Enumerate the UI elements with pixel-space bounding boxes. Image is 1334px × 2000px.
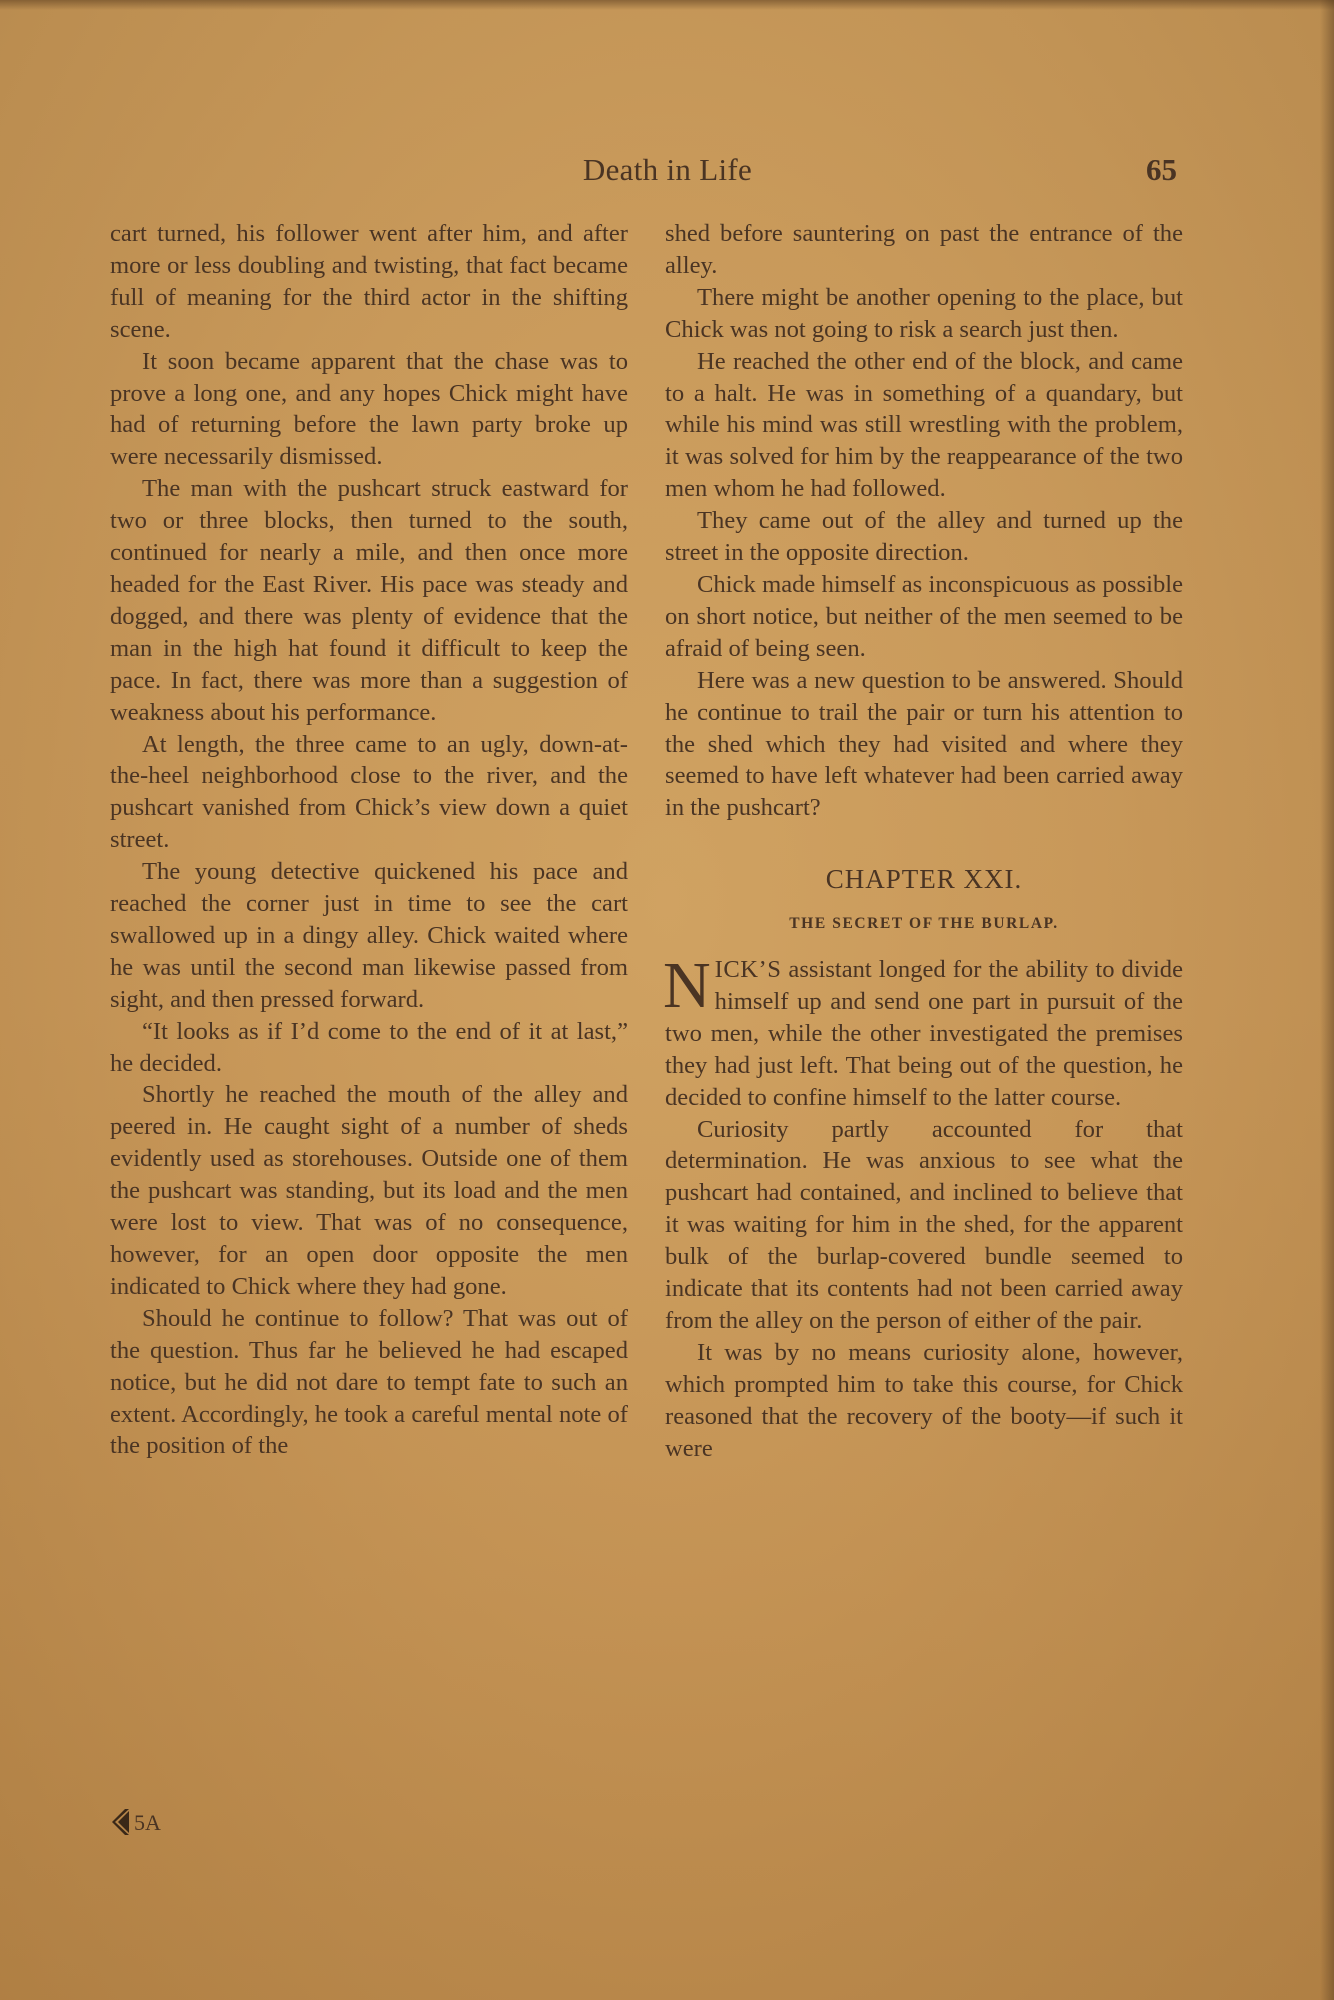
signature-label: 5A	[134, 1810, 161, 1836]
paragraph: The man with the pushcart struck eastwar…	[110, 473, 628, 728]
chapter-subtitle: THE SECRET OF THE BURLAP.	[665, 908, 1183, 940]
chevron-left-icon	[112, 1808, 132, 1836]
paragraph: It soon became apparent that the chase w…	[110, 346, 628, 474]
left-column: cart turned, his follower went after him…	[110, 218, 628, 1462]
paragraph: The young detective quickened his pace a…	[110, 856, 628, 1016]
chapter-opening-paragraph: NICK’S assistant longed for the abil­ity…	[665, 954, 1183, 1114]
paragraph: At length, the three came to an ugly, do…	[110, 729, 628, 857]
page-number: 65	[1146, 152, 1177, 188]
running-title: Death in Life	[110, 152, 1185, 188]
paragraph: Curiosity partly accounted for that dete…	[665, 1114, 1183, 1337]
paragraph: Shortly he reached the mouth of the alle…	[110, 1079, 628, 1302]
paragraph: cart turned, his follower went after him…	[110, 218, 628, 346]
page-right-edge-shadow	[1320, 0, 1334, 2000]
paragraph: They came out of the alley and turned up…	[665, 505, 1183, 569]
paragraph: “It looks as if I’d come to the end of i…	[110, 1016, 628, 1080]
page-top-edge-shadow	[0, 0, 1334, 10]
printer-signature-mark: 5A	[112, 1808, 161, 1836]
paragraph: It was by no means curiosity alone, howe…	[665, 1337, 1183, 1465]
paragraph: Here was a new question to be an­swered.…	[665, 665, 1183, 825]
paragraph: Should he continue to follow? That was o…	[110, 1303, 628, 1463]
paragraph: There might be another opening to the pl…	[665, 282, 1183, 346]
drop-cap: N	[663, 960, 711, 1012]
paragraph: He reached the other end of the block, a…	[665, 346, 1183, 506]
right-column: shed before sauntering on past the en­tr…	[665, 218, 1183, 1465]
paragraph: Chick made himself as inconspicuous as p…	[665, 569, 1183, 665]
paragraph: shed before sauntering on past the en­tr…	[665, 218, 1183, 282]
running-head: Death in Life 65	[110, 152, 1185, 192]
chapter-heading: CHAPTER XXI.	[665, 864, 1183, 896]
lead-in-text: ICK’S	[715, 956, 782, 983]
